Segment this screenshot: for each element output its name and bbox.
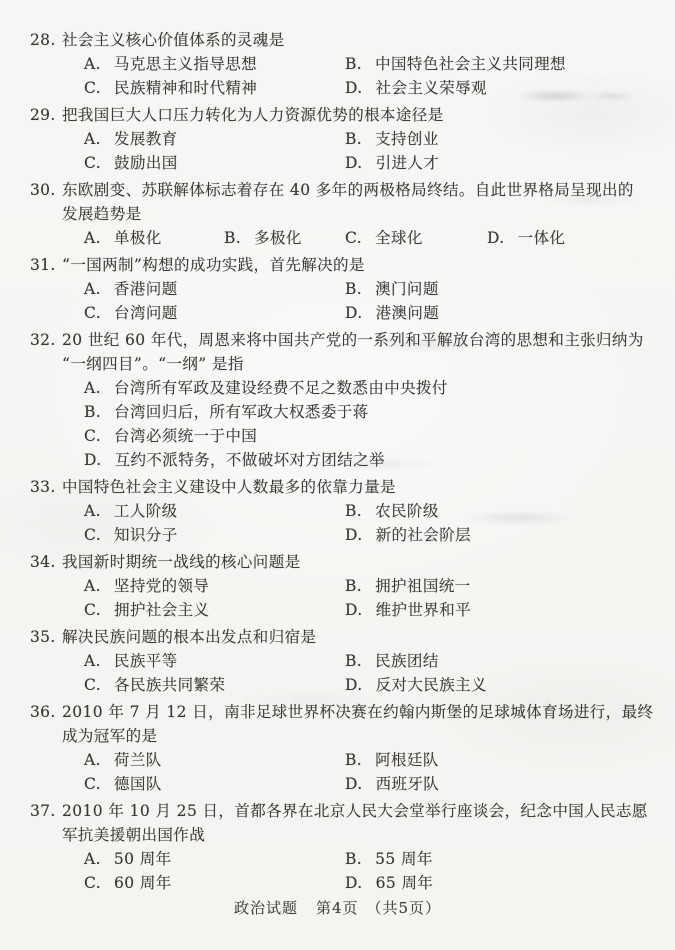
option-letter: D.: [487, 229, 505, 247]
option-text: 反对大民族主义: [376, 676, 487, 694]
question-row: 32. 20 世纪 60 年代，周恩来将中国共产党的一系列和平解放台湾的思想和主…: [30, 328, 659, 472]
option-b: B.55 周年: [345, 847, 659, 871]
option-letter: C.: [84, 601, 101, 619]
option-text: 单极化: [114, 229, 162, 247]
stem-line: 我国新时期统一战线的核心问题是: [62, 550, 659, 574]
option-c: C.鼓励出国: [84, 151, 345, 175]
option-letter: C.: [84, 874, 101, 892]
question-body: 解决民族问题的根本出发点和归宿是 A.民族平等B.民族团结C.各民族共同繁荣D.…: [62, 625, 659, 697]
question-body: 东欧剧变、苏联解体标志着存在 40 多年的两极格局终结。自此世界格局呈现出的发展…: [62, 178, 659, 250]
option-text: 中国特色社会主义共同理想: [375, 55, 566, 73]
stem-line: 社会主义核心价值体系的灵魂是: [62, 28, 659, 52]
question-row: 37. 2010 年 10 月 25 日，首都各界在北京人民大会堂举行座谈会，纪…: [30, 799, 659, 895]
option-text: 港澳问题: [376, 304, 440, 322]
footer-doc-title: 政治试题: [234, 899, 298, 917]
option-letter: A.: [84, 850, 101, 868]
question-number: 30.: [30, 178, 62, 202]
option-d: D.港澳问题: [345, 301, 659, 325]
stem-line: 把我国巨大人口压力转化为人力资源优势的根本途径是: [62, 103, 659, 127]
stem-line: 2010 年 7 月 12 日，南非足球世界杯决赛在约翰内斯堡的足球城体育场进行…: [62, 700, 659, 724]
options: A.工人阶级B.农民阶级C.知识分子D.新的社会阶层: [62, 499, 659, 547]
footer-page-total: （共5页）: [367, 899, 442, 917]
question-body: 2010 年 7 月 12 日，南非足球世界杯决赛在约翰内斯堡的足球城体育场进行…: [62, 700, 659, 796]
question-number: 29.: [30, 103, 62, 127]
option-letter: C.: [345, 229, 362, 247]
option-text: 台湾所有军政及建设经费不足之数悉由中央拨付: [114, 379, 448, 397]
option-text: 引进人才: [376, 154, 440, 172]
option-a: A.香港问题: [84, 277, 345, 301]
question-stem: 20 世纪 60 年代，周恩来将中国共产党的一系列和平解放台湾的思想和主张归纳为…: [62, 328, 659, 376]
option-text: 民族精神和时代精神: [114, 79, 257, 97]
question-row: 33. 中国特色社会主义建设中人数最多的依靠力量是 A.工人阶级B.农民阶级C.…: [30, 475, 659, 547]
option-d: D.社会主义荣辱观: [345, 76, 659, 100]
option-c: C.各民族共同繁荣: [84, 673, 345, 697]
stem-line: “一纲四目”。“一纲” 是指: [62, 352, 659, 376]
option-c: C.台湾必须统一于中国: [84, 424, 659, 448]
question-body: 2010 年 10 月 25 日，首都各界在北京人民大会堂举行座谈会，纪念中国人…: [62, 799, 659, 895]
question: 33. 中国特色社会主义建设中人数最多的依靠力量是 A.工人阶级B.农民阶级C.…: [30, 475, 659, 547]
option-text: 维护世界和平: [376, 601, 471, 619]
question-number: 36.: [30, 700, 62, 724]
option-letter: A.: [84, 379, 101, 397]
option-text: 各民族共同繁荣: [114, 676, 225, 694]
question-row: 29. 把我国巨大人口压力转化为人力资源优势的根本途径是 A.发展教育B.支持创…: [30, 103, 659, 175]
option-letter: B.: [345, 850, 362, 868]
option-letter: B.: [84, 403, 101, 421]
option-c: C.民族精神和时代精神: [84, 76, 345, 100]
option-text: 支持创业: [375, 130, 439, 148]
option-text: 农民阶级: [375, 502, 439, 520]
question-body: 社会主义核心价值体系的灵魂是 A.马克思主义指导思想B.中国特色社会主义共同理想…: [62, 28, 659, 100]
option-c: C.知识分子: [84, 523, 345, 547]
option-d: D.互约不派特务，不做破坏对方团结之举: [84, 448, 659, 472]
option-c: C.德国队: [84, 772, 345, 796]
question-row: 34. 我国新时期统一战线的核心问题是 A.坚持党的领导B.拥护祖国统一C.拥护…: [30, 550, 659, 622]
question-number: 31.: [30, 253, 62, 277]
option-text: 马克思主义指导思想: [114, 55, 257, 73]
options: A.50 周年B.55 周年C.60 周年D.65 周年: [62, 847, 659, 895]
option-letter: A.: [84, 652, 101, 670]
option-c: C.全球化: [345, 226, 487, 250]
question-number: 37.: [30, 799, 62, 823]
option-b: B.拥护祖国统一: [345, 574, 659, 598]
question: 36. 2010 年 7 月 12 日，南非足球世界杯决赛在约翰内斯堡的足球城体…: [30, 700, 659, 796]
option-a: A.民族平等: [84, 649, 345, 673]
options: A.荷兰队B.阿根廷队C.德国队D.西班牙队: [62, 748, 659, 796]
option-text: 台湾必须统一于中国: [114, 427, 257, 445]
question-number: 33.: [30, 475, 62, 499]
option-d: D.引进人才: [345, 151, 659, 175]
option-text: 互约不派特务，不做破坏对方团结之举: [115, 451, 385, 469]
option-letter: C.: [84, 676, 101, 694]
question-number: 35.: [30, 625, 62, 649]
option-letter: A.: [84, 502, 101, 520]
question: 34. 我国新时期统一战线的核心问题是 A.坚持党的领导B.拥护祖国统一C.拥护…: [30, 550, 659, 622]
question-number: 34.: [30, 550, 62, 574]
option-d: D.维护世界和平: [345, 598, 659, 622]
option-b: B.农民阶级: [345, 499, 659, 523]
option-letter: B.: [345, 130, 362, 148]
option-text: 坚持党的领导: [114, 577, 209, 595]
option-letter: B.: [224, 229, 241, 247]
option-text: 香港问题: [114, 280, 178, 298]
option-text: 多极化: [254, 229, 302, 247]
option-d: D.西班牙队: [345, 772, 659, 796]
option-text: 澳门问题: [375, 280, 439, 298]
option-text: 阿根廷队: [375, 751, 439, 769]
question-number: 32.: [30, 328, 62, 352]
option-letter: D.: [345, 775, 363, 793]
question-body: 20 世纪 60 年代，周恩来将中国共产党的一系列和平解放台湾的思想和主张归纳为…: [62, 328, 659, 472]
option-letter: A.: [84, 751, 101, 769]
footer-page-number: 第4页: [316, 899, 359, 917]
option-letter: D.: [345, 304, 363, 322]
option-b: B.中国特色社会主义共同理想: [345, 52, 659, 76]
option-a: A.工人阶级: [84, 499, 345, 523]
question-body: 我国新时期统一战线的核心问题是 A.坚持党的领导B.拥护祖国统一C.拥护社会主义…: [62, 550, 659, 622]
question: 29. 把我国巨大人口压力转化为人力资源优势的根本途径是 A.发展教育B.支持创…: [30, 103, 659, 175]
option-text: 60 周年: [114, 874, 172, 892]
option-text: 台湾回归后，所有军政大权悉委于蒋: [114, 403, 368, 421]
page-footer: 政治试题第4页（共5页）: [0, 897, 675, 918]
options: A.坚持党的领导B.拥护祖国统一C.拥护社会主义D.维护世界和平: [62, 574, 659, 622]
question-list: 28. 社会主义核心价值体系的灵魂是 A.马克思主义指导思想B.中国特色社会主义…: [30, 28, 659, 898]
option-c: C.60 周年: [84, 871, 345, 895]
question-body: 把我国巨大人口压力转化为人力资源优势的根本途径是 A.发展教育B.支持创业C.鼓…: [62, 103, 659, 175]
option-letter: C.: [84, 304, 101, 322]
option-b: B.支持创业: [345, 127, 659, 151]
options: A.发展教育B.支持创业C.鼓励出国D.引进人才: [62, 127, 659, 175]
question-stem: 我国新时期统一战线的核心问题是: [62, 550, 659, 574]
option-letter: A.: [84, 280, 101, 298]
question: 35. 解决民族问题的根本出发点和归宿是 A.民族平等B.民族团结C.各民族共同…: [30, 625, 659, 697]
question: 37. 2010 年 10 月 25 日，首都各界在北京人民大会堂举行座谈会，纪…: [30, 799, 659, 895]
question-row: 30. 东欧剧变、苏联解体标志着存在 40 多年的两极格局终结。自此世界格局呈现…: [30, 178, 659, 250]
option-text: 65 周年: [376, 874, 434, 892]
option-text: 50 周年: [114, 850, 172, 868]
option-letter: A.: [84, 130, 101, 148]
option-text: 一体化: [518, 229, 566, 247]
option-text: 民族平等: [114, 652, 178, 670]
options: A.民族平等B.民族团结C.各民族共同繁荣D.反对大民族主义: [62, 649, 659, 697]
option-text: 全球化: [375, 229, 423, 247]
option-c: C.拥护社会主义: [84, 598, 345, 622]
option-letter: B.: [345, 751, 362, 769]
question-row: 31. “一国两制”构想的成功实践，首先解决的是 A.香港问题B.澳门问题C.台…: [30, 253, 659, 325]
option-letter: A.: [84, 229, 101, 247]
option-text: 西班牙队: [376, 775, 440, 793]
options: A.台湾所有军政及建设经费不足之数悉由中央拨付B.台湾回归后，所有军政大权悉委于…: [62, 376, 659, 472]
option-c: C.台湾问题: [84, 301, 345, 325]
question: 31. “一国两制”构想的成功实践，首先解决的是 A.香港问题B.澳门问题C.台…: [30, 253, 659, 325]
stem-line: “一国两制”构想的成功实践，首先解决的是: [62, 253, 659, 277]
option-letter: B.: [345, 652, 362, 670]
option-letter: D.: [345, 526, 363, 544]
option-letter: D.: [345, 154, 363, 172]
option-letter: A.: [84, 55, 101, 73]
option-b: B.阿根廷队: [345, 748, 659, 772]
option-text: 拥护祖国统一: [375, 577, 470, 595]
option-text: 发展教育: [114, 130, 178, 148]
stem-line: 军抗美援朝出国作战: [62, 823, 659, 847]
option-text: 新的社会阶层: [376, 526, 471, 544]
option-letter: C.: [84, 154, 101, 172]
option-text: 德国队: [114, 775, 162, 793]
stem-line: 解决民族问题的根本出发点和归宿是: [62, 625, 659, 649]
stem-line: 东欧剧变、苏联解体标志着存在 40 多年的两极格局终结。自此世界格局呈现出的: [62, 178, 659, 202]
option-letter: D.: [345, 79, 363, 97]
option-text: 台湾问题: [114, 304, 178, 322]
option-letter: C.: [84, 427, 101, 445]
question-row: 36. 2010 年 7 月 12 日，南非足球世界杯决赛在约翰内斯堡的足球城体…: [30, 700, 659, 796]
options: A.单极化B.多极化C.全球化D.一体化: [62, 226, 659, 250]
option-letter: B.: [345, 502, 362, 520]
question-stem: 解决民族问题的根本出发点和归宿是: [62, 625, 659, 649]
question-row: 28. 社会主义核心价值体系的灵魂是 A.马克思主义指导思想B.中国特色社会主义…: [30, 28, 659, 100]
option-letter: C.: [84, 79, 101, 97]
question: 30. 东欧剧变、苏联解体标志着存在 40 多年的两极格局终结。自此世界格局呈现…: [30, 178, 659, 250]
option-letter: D.: [345, 676, 363, 694]
option-text: 55 周年: [375, 850, 433, 868]
question: 32. 20 世纪 60 年代，周恩来将中国共产党的一系列和平解放台湾的思想和主…: [30, 328, 659, 472]
option-d: D.新的社会阶层: [345, 523, 659, 547]
option-a: A.50 周年: [84, 847, 345, 871]
question: 28. 社会主义核心价值体系的灵魂是 A.马克思主义指导思想B.中国特色社会主义…: [30, 28, 659, 100]
option-text: 鼓励出国: [114, 154, 178, 172]
question-stem: 社会主义核心价值体系的灵魂是: [62, 28, 659, 52]
option-a: A.台湾所有军政及建设经费不足之数悉由中央拨付: [84, 376, 659, 400]
option-d: D.反对大民族主义: [345, 673, 659, 697]
option-letter: C.: [84, 526, 101, 544]
option-letter: C.: [84, 775, 101, 793]
option-text: 荷兰队: [114, 751, 162, 769]
option-b: B.澳门问题: [345, 277, 659, 301]
stem-line: 2010 年 10 月 25 日，首都各界在北京人民大会堂举行座谈会，纪念中国人…: [62, 799, 659, 823]
option-d: D.65 周年: [345, 871, 659, 895]
option-a: A.坚持党的领导: [84, 574, 345, 598]
option-letter: B.: [345, 55, 362, 73]
options: A.香港问题B.澳门问题C.台湾问题D.港澳问题: [62, 277, 659, 325]
question-stem: 2010 年 10 月 25 日，首都各界在北京人民大会堂举行座谈会，纪念中国人…: [62, 799, 659, 847]
option-a: A.发展教育: [84, 127, 345, 151]
stem-line: 中国特色社会主义建设中人数最多的依靠力量是: [62, 475, 659, 499]
option-text: 知识分子: [114, 526, 178, 544]
option-text: 社会主义荣辱观: [376, 79, 487, 97]
question-body: 中国特色社会主义建设中人数最多的依靠力量是 A.工人阶级B.农民阶级C.知识分子…: [62, 475, 659, 547]
option-letter: D.: [84, 451, 102, 469]
options: A.马克思主义指导思想B.中国特色社会主义共同理想C.民族精神和时代精神D.社会…: [62, 52, 659, 100]
option-b: B.民族团结: [345, 649, 659, 673]
option-letter: D.: [345, 601, 363, 619]
question-stem: 中国特色社会主义建设中人数最多的依靠力量是: [62, 475, 659, 499]
option-a: A.马克思主义指导思想: [84, 52, 345, 76]
option-letter: B.: [345, 577, 362, 595]
question-stem: 把我国巨大人口压力转化为人力资源优势的根本途径是: [62, 103, 659, 127]
question-stem: “一国两制”构想的成功实践，首先解决的是: [62, 253, 659, 277]
option-d: D.一体化: [487, 226, 659, 250]
question-body: “一国两制”构想的成功实践，首先解决的是 A.香港问题B.澳门问题C.台湾问题D…: [62, 253, 659, 325]
option-a: A.荷兰队: [84, 748, 345, 772]
question-stem: 东欧剧变、苏联解体标志着存在 40 多年的两极格局终结。自此世界格局呈现出的发展…: [62, 178, 659, 226]
question-row: 35. 解决民族问题的根本出发点和归宿是 A.民族平等B.民族团结C.各民族共同…: [30, 625, 659, 697]
option-text: 民族团结: [375, 652, 439, 670]
option-b: B.多极化: [224, 226, 345, 250]
stem-line: 成为冠军的是: [62, 724, 659, 748]
option-letter: A.: [84, 577, 101, 595]
question-stem: 2010 年 7 月 12 日，南非足球世界杯决赛在约翰内斯堡的足球城体育场进行…: [62, 700, 659, 748]
option-b: B.台湾回归后，所有军政大权悉委于蒋: [84, 400, 659, 424]
question-number: 28.: [30, 28, 62, 52]
stem-line: 20 世纪 60 年代，周恩来将中国共产党的一系列和平解放台湾的思想和主张归纳为: [62, 328, 659, 352]
option-a: A.单极化: [84, 226, 224, 250]
option-text: 工人阶级: [114, 502, 178, 520]
exam-page: 28. 社会主义核心价值体系的灵魂是 A.马克思主义指导思想B.中国特色社会主义…: [0, 0, 675, 950]
option-letter: B.: [345, 280, 362, 298]
stem-line: 发展趋势是: [62, 202, 659, 226]
option-letter: D.: [345, 874, 363, 892]
option-text: 拥护社会主义: [114, 601, 209, 619]
